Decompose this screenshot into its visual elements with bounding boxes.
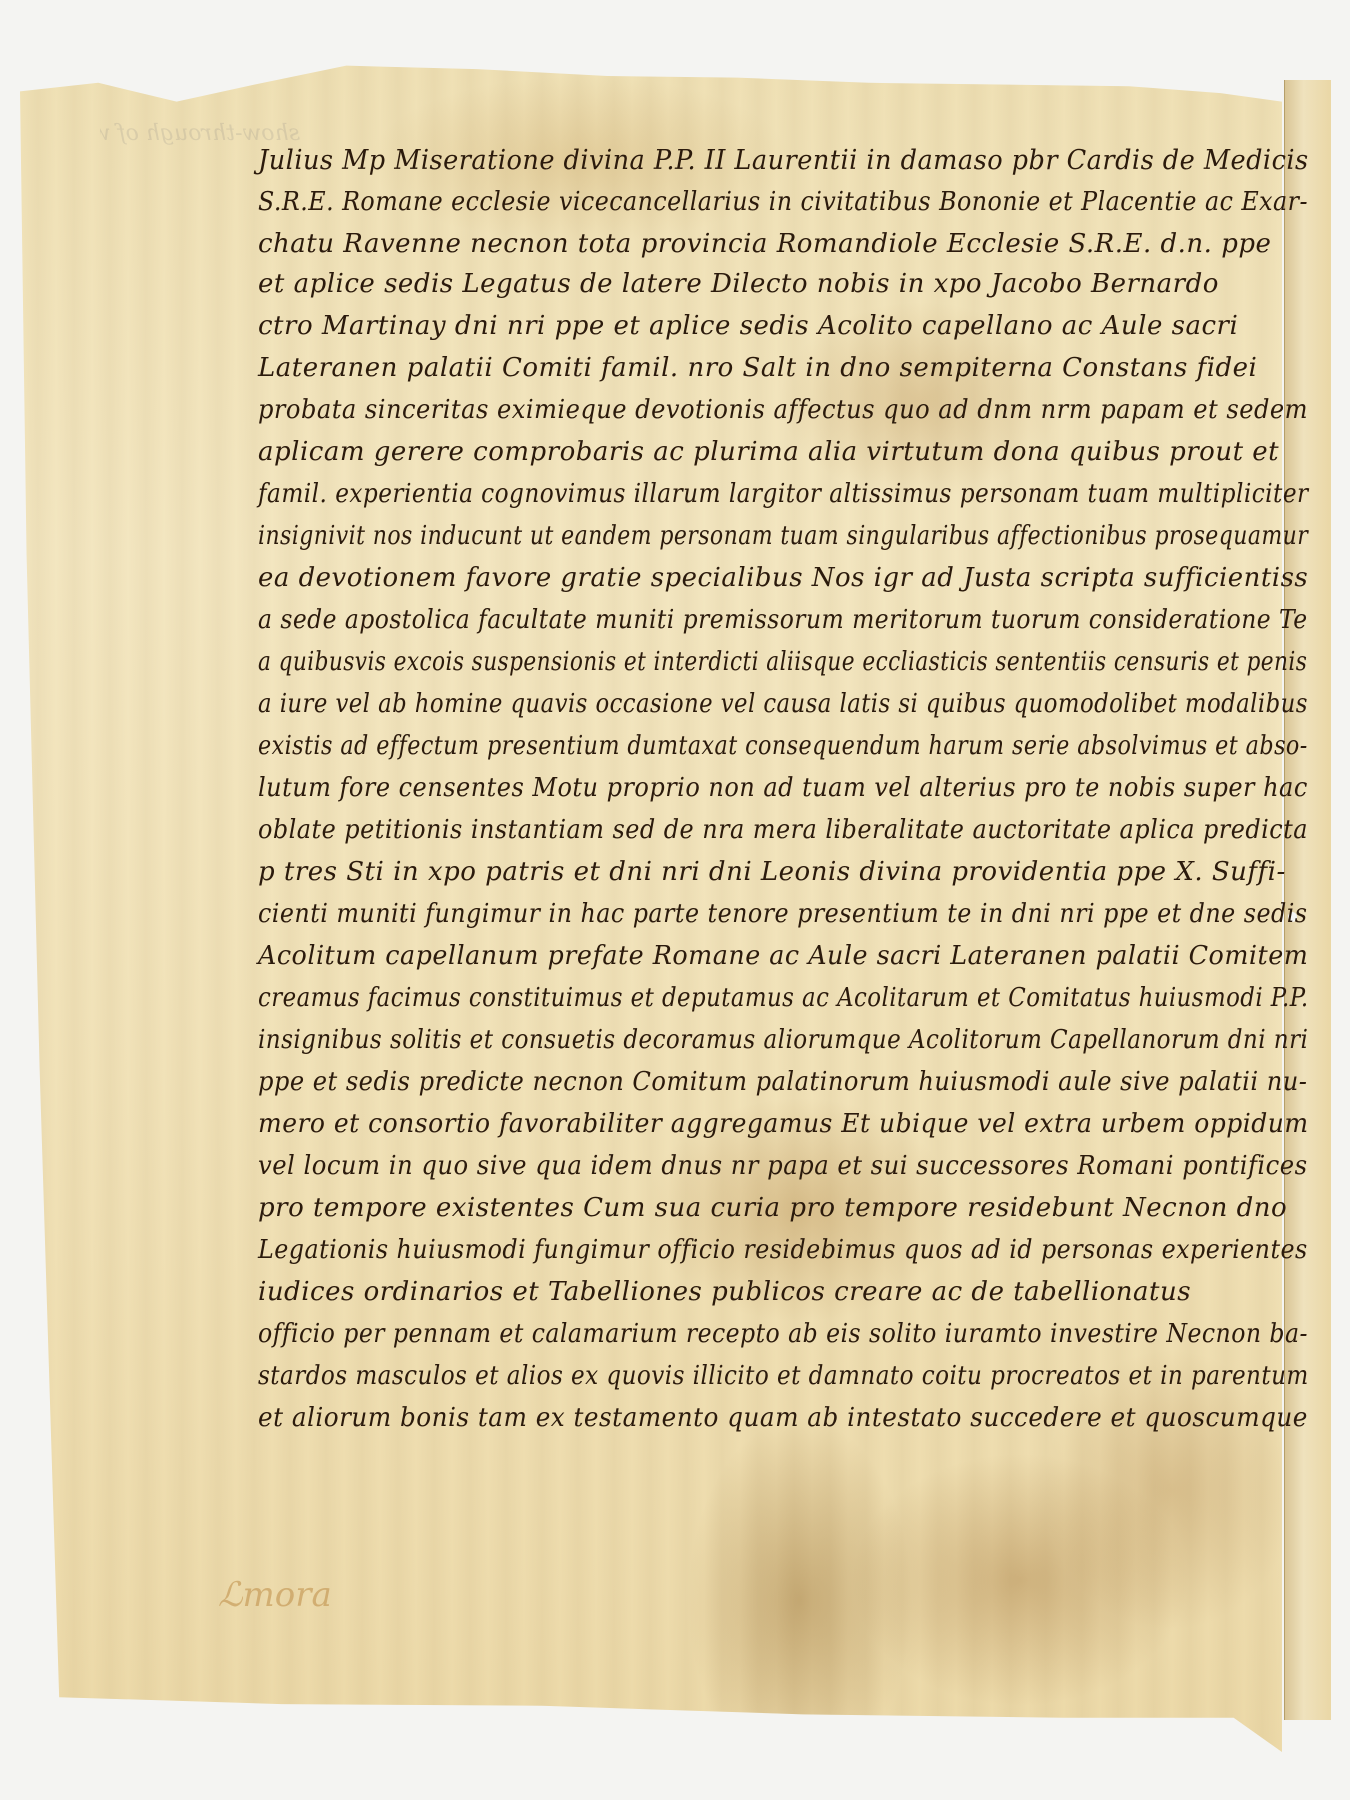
- faded-marginal-note: ℒmora: [218, 1575, 332, 1615]
- text-line-11: ea devotionem favore gratie specialibus …: [258, 563, 1308, 593]
- text-line-1: Julius Mp Miseratione divina P.P. II Lau…: [258, 145, 1309, 176]
- text-line-20: Acolitum capellanum prefate Romane ac Au…: [258, 941, 1308, 971]
- text-line-19: cienti muniti fungimur in hac parte teno…: [258, 899, 1307, 929]
- text-line-8: aplicam gerere comprobaris ac plurima al…: [258, 437, 1279, 467]
- text-line-6: Lateranen palatii Comiti famil. nro Salt…: [258, 353, 1257, 383]
- text-line-15: existis ad effectum presentium dumtaxat …: [258, 731, 1308, 761]
- text-line-30: stardos masculos et alios ex quovis illi…: [258, 1361, 1309, 1391]
- text-line-17: oblate petitionis instantiam sed de nra …: [258, 815, 1308, 845]
- text-line-16: lutum fore censentes Motu proprio non ad…: [258, 773, 1308, 803]
- text-line-23: ppe et sedis predicte necnon Comitum pal…: [258, 1067, 1307, 1097]
- text-line-18: p tres Sti in xpo patris et dni nri dni …: [258, 857, 1286, 887]
- text-line-10: insignivit nos inducunt ut eandem person…: [258, 521, 1308, 551]
- text-line-3: chatu Ravenne necnon tota provincia Roma…: [258, 229, 1271, 259]
- text-line-12: a sede apostolica facultate muniti premi…: [258, 605, 1308, 635]
- text-line-27: Legationis huiusmodi fungimur officio re…: [258, 1235, 1308, 1265]
- text-line-25: vel locum in quo sive qua idem dnus nr p…: [258, 1151, 1308, 1181]
- text-line-26: pro tempore existentes Cum sua curia pro…: [258, 1193, 1287, 1223]
- text-line-31: et aliorum bonis tam ex testamento quam …: [258, 1403, 1308, 1433]
- text-line-21: creamus facimus constituimus et deputamu…: [258, 983, 1309, 1013]
- text-line-13: a quibusvis excois suspensionis et inter…: [258, 647, 1307, 677]
- text-line-28: iudices ordinarios et Tabelliones public…: [258, 1277, 1191, 1307]
- text-line-7: probata sinceritas eximieque devotionis …: [258, 395, 1308, 425]
- text-line-5: ctro Martinay dni nri ppe et aplice sedi…: [258, 311, 1238, 341]
- text-line-14: a iure vel ab homine quavis occasione ve…: [258, 689, 1308, 719]
- text-line-9: famil. experientia cognovimus illarum la…: [258, 479, 1309, 509]
- text-line-24: mero et consortio favorabiliter aggregam…: [258, 1109, 1309, 1139]
- text-line-22: insignibus solitis et consuetis decoramu…: [258, 1025, 1308, 1055]
- text-line-29: officio per pennam et calamarium recepto…: [258, 1319, 1308, 1349]
- text-line-2: S.R.E. Romane ecclesie vicecancellarius …: [258, 187, 1308, 217]
- text-line-4: et aplice sedis Legatus de latere Dilect…: [258, 269, 1219, 299]
